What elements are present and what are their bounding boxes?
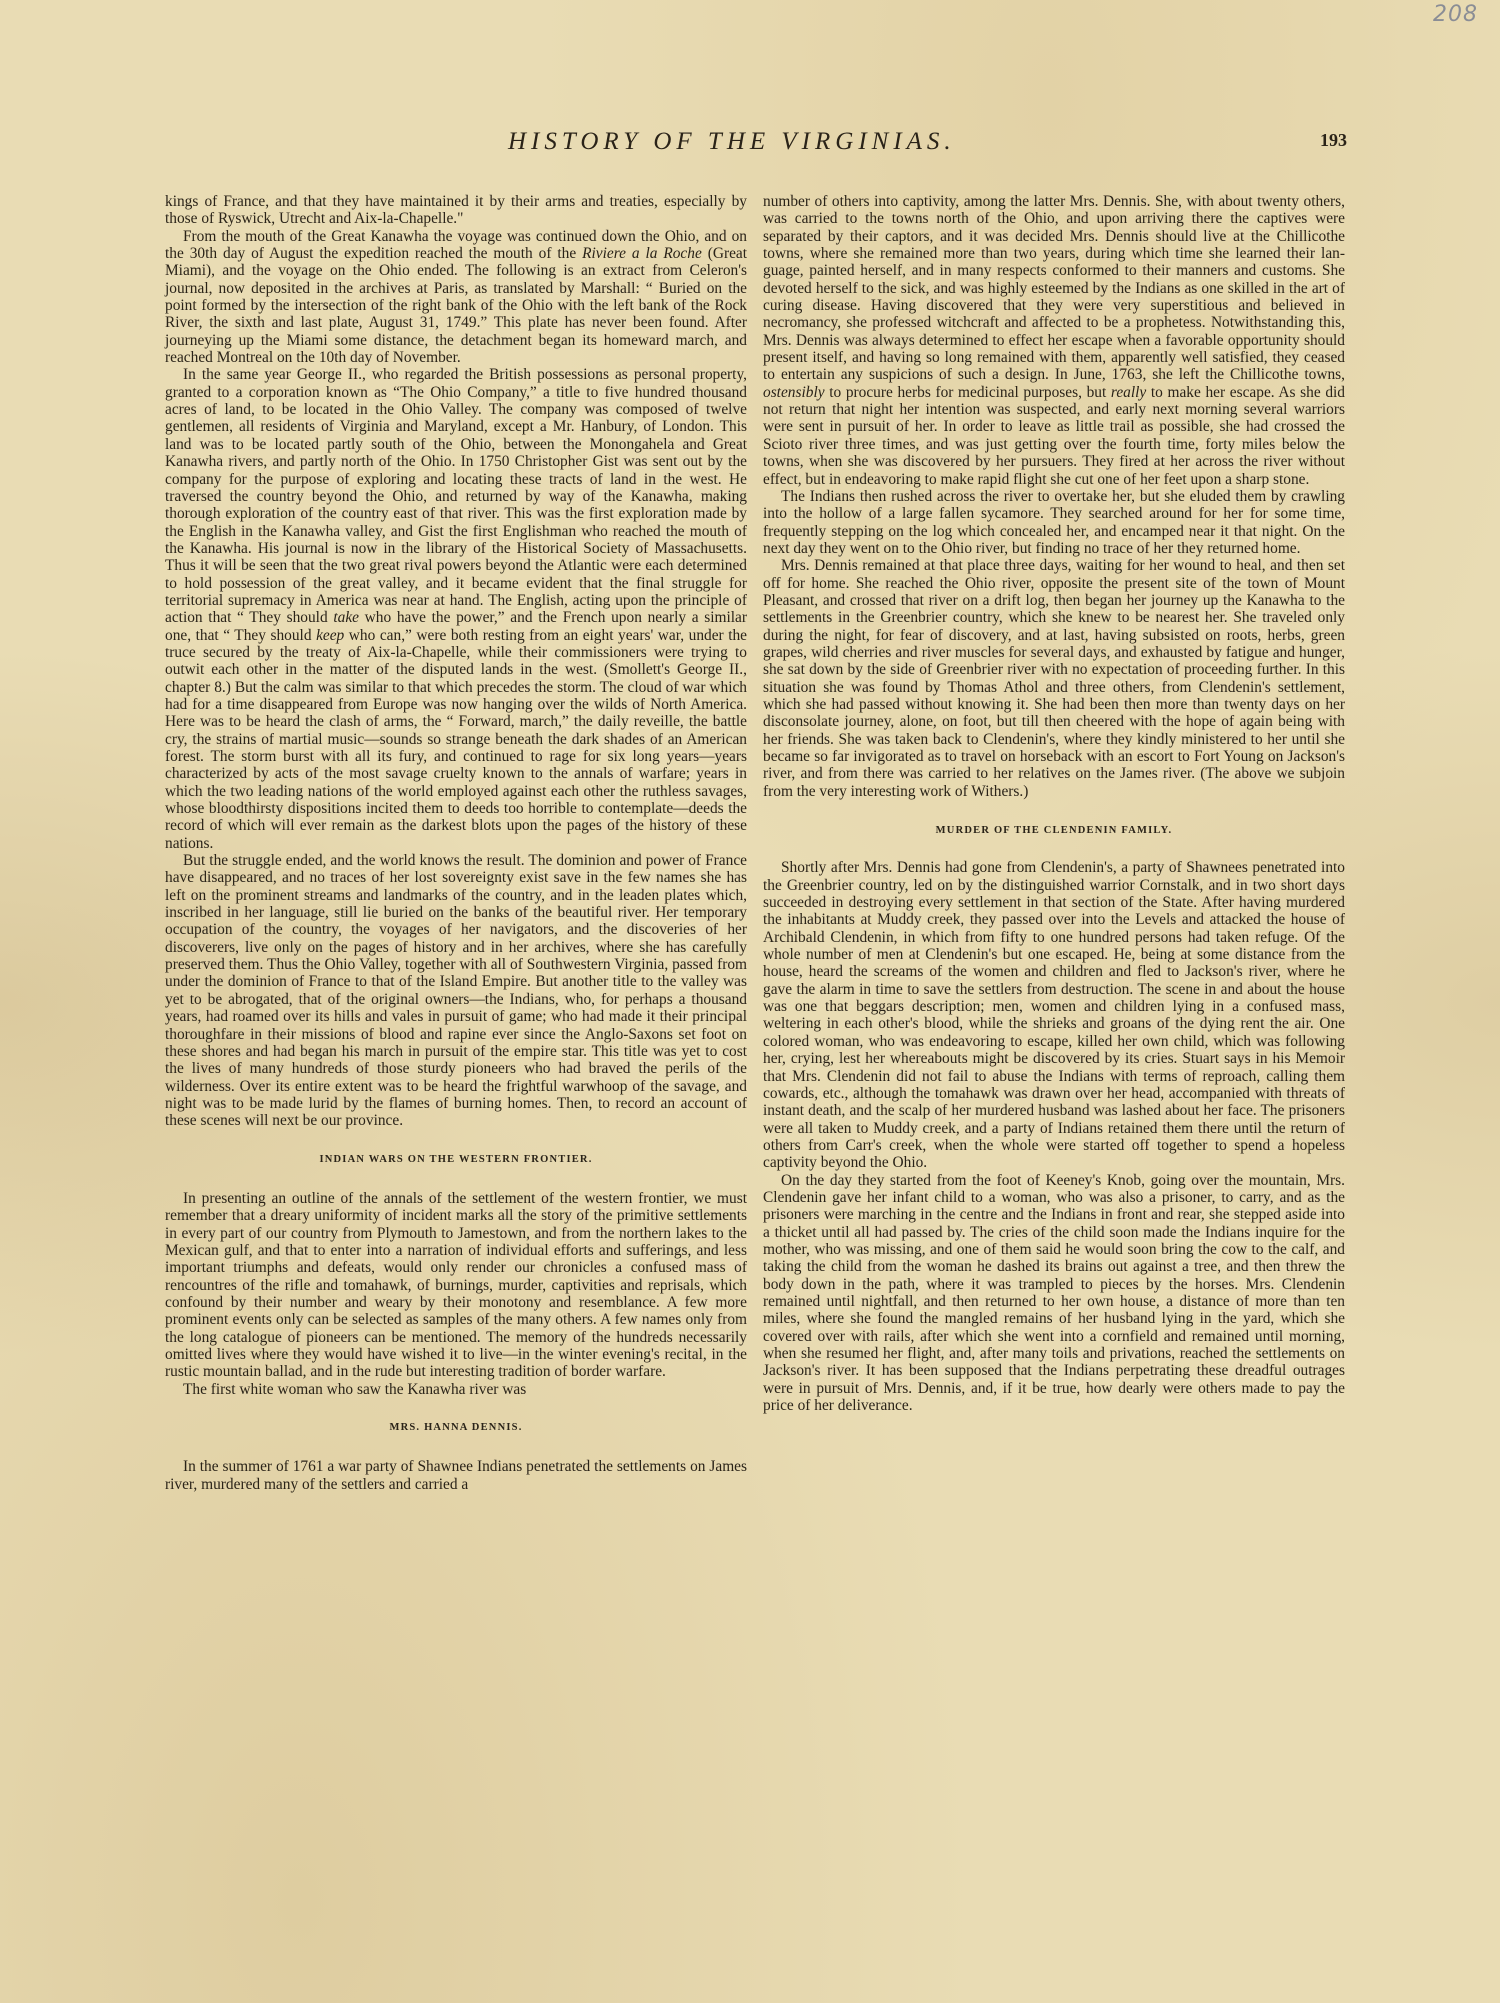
paragraph: Shortly after Mrs. Dennis had gone from … [763, 859, 1345, 1171]
archive-page-number: 208 [1433, 2, 1478, 27]
paragraph: From the mouth of the Great Kanawha the … [165, 228, 747, 367]
paragraph-text: In the same year George II., who regarde… [165, 366, 747, 626]
paragraph: The Indians then rushed across the river… [763, 488, 1345, 557]
paragraph: The first white woman who saw the Kanawh… [165, 1381, 747, 1398]
right-column: number of others into captivity, among t… [763, 193, 1345, 1414]
paragraph: In the summer of 1761 a war party of Sha… [165, 1458, 747, 1493]
paragraph: Mrs. Dennis remained at that place three… [763, 557, 1345, 800]
paragraph-text: who can,” were both resting from an eigh… [165, 627, 747, 852]
paragraph-text: (Great Miami), and the voyage on the Ohi… [165, 245, 747, 366]
left-column: kings of France, and that they have main… [165, 193, 747, 1493]
paragraph: number of others into captivity, among t… [763, 193, 1345, 488]
paragraph: On the day they started from the foot of… [763, 1172, 1345, 1415]
paragraph: In presenting an outline of the annals o… [165, 1190, 747, 1381]
section-heading-hanna-dennis: MRS. HANNA DENNIS. [165, 1419, 747, 1436]
paragraph-text: to procure herbs for medicinal purposes,… [825, 384, 1111, 401]
italic-text: really [1111, 384, 1146, 401]
running-head-title: HISTORY OF THE VIRGINIAS. [508, 128, 956, 156]
section-heading-clendenin: MURDER OF THE CLENDENIN FAMILY. [763, 822, 1345, 839]
paragraph-text: number of others into captivity, among t… [763, 193, 1345, 383]
paragraph: But the struggle ended, and the world kn… [165, 852, 747, 1130]
italic-text: ostensibly [763, 384, 825, 401]
paragraph: kings of France, and that they have main… [165, 193, 747, 228]
book-page: 208 HISTORY OF THE VIRGINIAS. 193 kings … [0, 0, 1500, 2003]
page-number: 193 [1320, 130, 1347, 151]
italic-text: Riviere a la Roche [582, 245, 702, 262]
italic-text: take [333, 609, 359, 626]
section-heading-indian-wars: INDIAN WARS ON THE WESTERN FRONTIER. [165, 1151, 747, 1168]
italic-text: keep [316, 627, 344, 644]
paragraph: In the same year George II., who regarde… [165, 366, 747, 852]
